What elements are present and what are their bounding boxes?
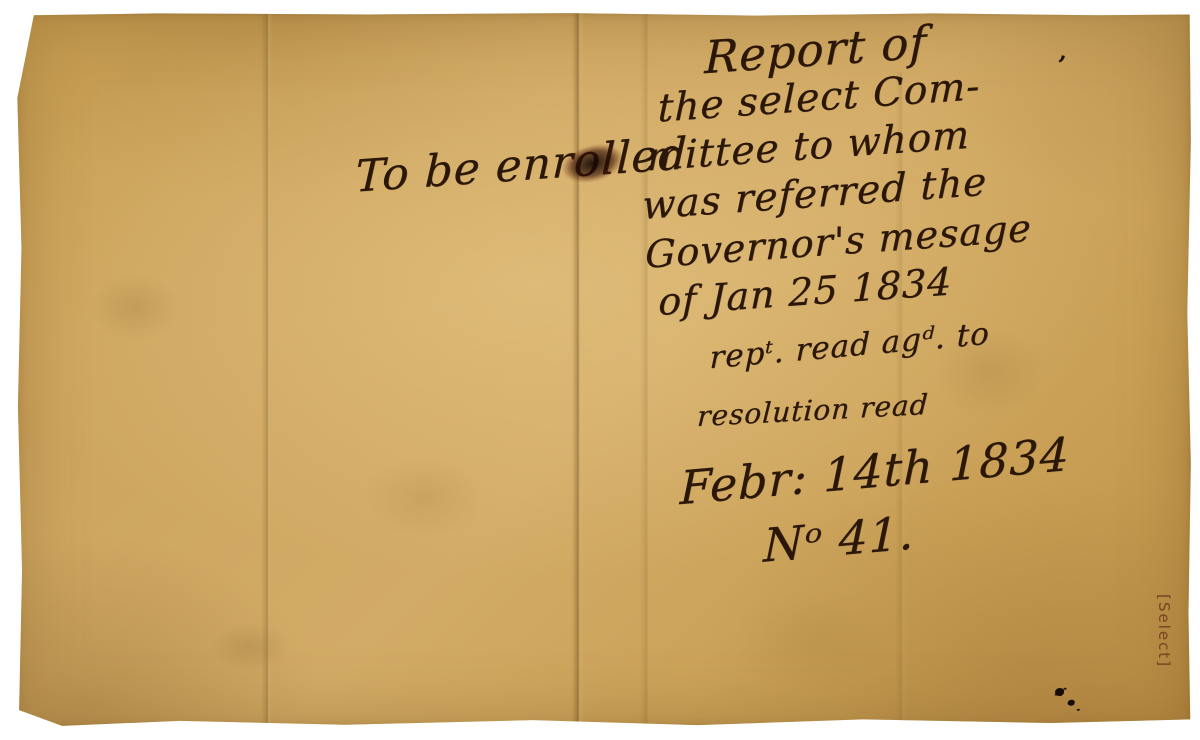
scan-background: To be enrolled Report of the select Com-…	[0, 0, 1200, 740]
annotation-to-be-enrolled: To be enrolled	[355, 128, 689, 202]
ink-spatter	[1054, 687, 1064, 696]
paper-stain	[195, 612, 305, 682]
fold-crease-center	[572, 12, 584, 728]
side-label-select: [Select]	[1155, 594, 1173, 668]
paper-stain	[345, 442, 505, 552]
annotation-to-be-enrolled-text: To be enrolled	[355, 128, 689, 202]
paper-stain	[75, 262, 195, 352]
fold-crease-left	[261, 12, 273, 728]
stray-ink-mark: ’	[1051, 49, 1069, 85]
docket-date: Febr: 14th 1834	[679, 427, 1070, 515]
docket-number: Nᵒ 41.	[763, 505, 915, 573]
action-note-report-read: repᵗ. read agᵈ. to	[709, 316, 990, 377]
document-paper: To be enrolled Report of the select Com-…	[15, 12, 1192, 728]
paper-stain	[705, 572, 925, 712]
docket-title-block: Report of the select Com- mittee to whom…	[644, 11, 1035, 327]
action-note-resolution-read: resolution read	[696, 388, 929, 433]
